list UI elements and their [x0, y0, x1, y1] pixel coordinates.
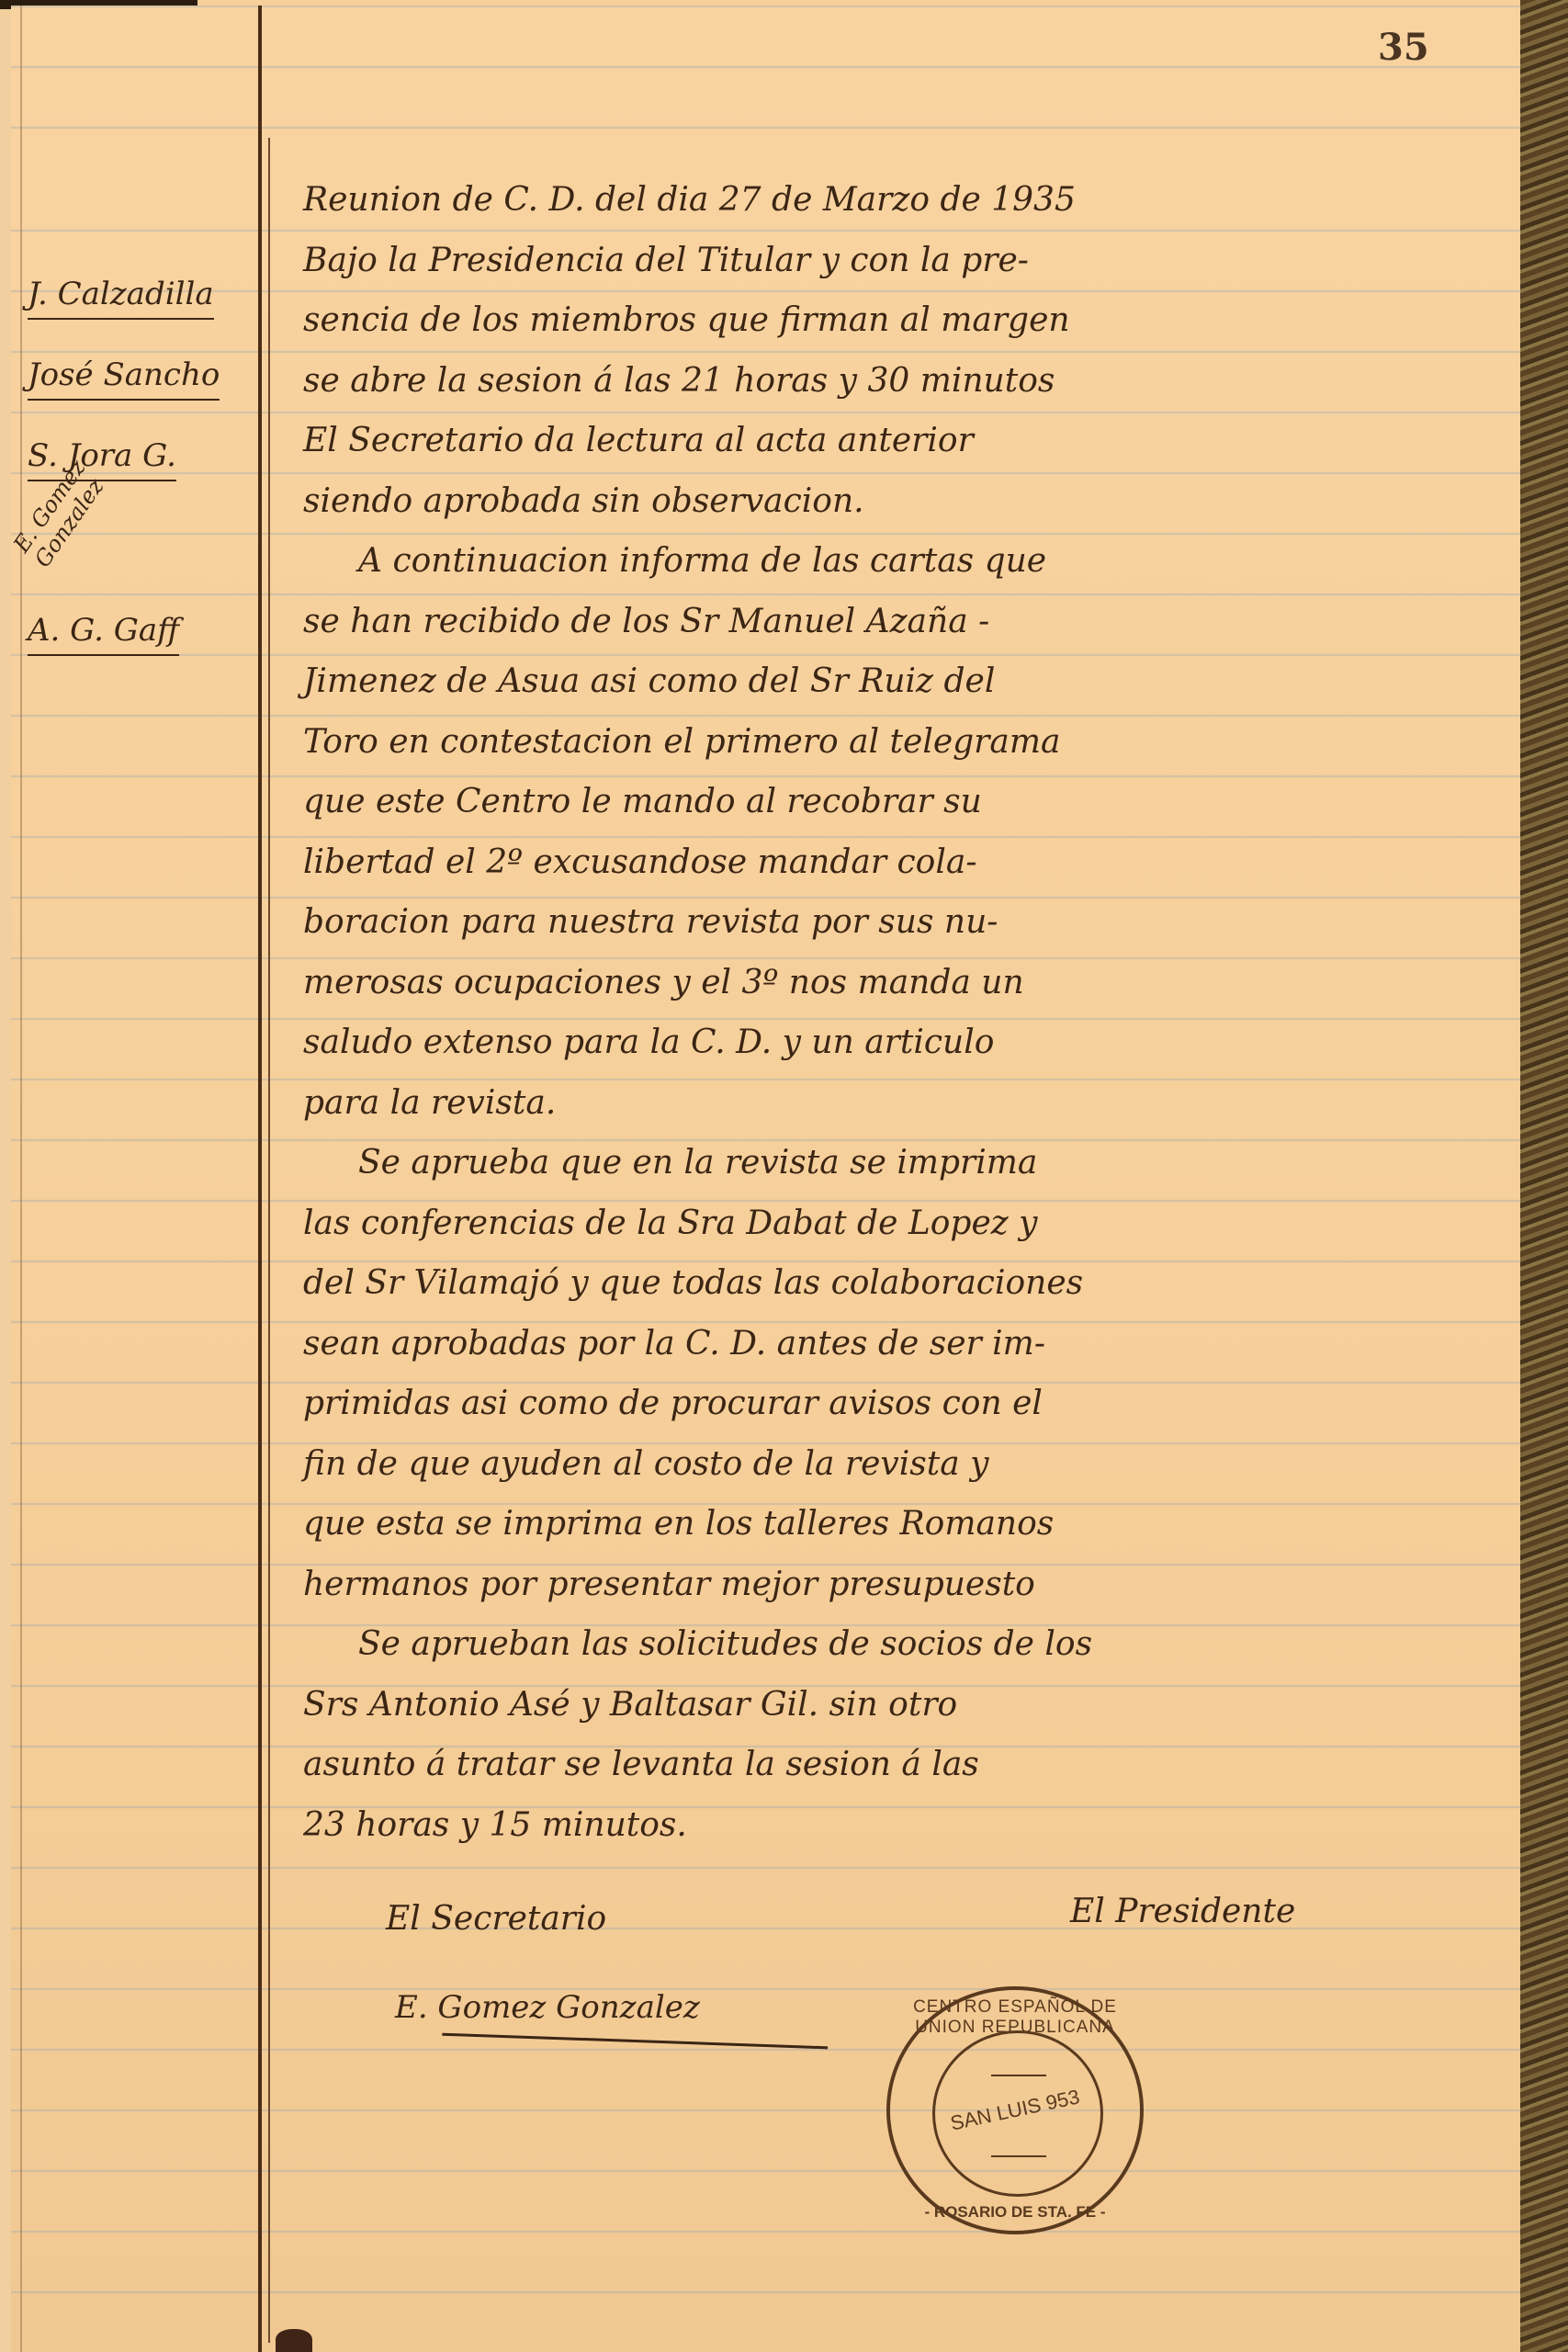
minutes-line: se abre la sesion á las 21 horas y 30 mi…	[303, 351, 1525, 412]
minutes-line: primidas asi como de procurar avisos con…	[303, 1374, 1525, 1434]
minutes-line: que este Centro le mando al recobrar su	[303, 772, 1525, 832]
signature-flourish	[440, 2033, 828, 2114]
minutes-line: merosas ocupaciones y el 3º nos manda un	[303, 953, 1525, 1013]
margin-signatures: J. Calzadilla José Sancho S. Jora G. E. …	[28, 276, 257, 693]
book-binding-edge	[1520, 0, 1568, 2352]
minutes-line: Toro en contestacion el primero al teleg…	[303, 712, 1525, 773]
minutes-line: las conferencias de la Sra Dabat de Lope…	[303, 1193, 1525, 1254]
minutes-line: que esta se imprima en los talleres Roma…	[303, 1494, 1525, 1555]
minutes-body: Reunion de C. D. del dia 27 de Marzo de …	[303, 170, 1525, 1855]
minutes-line: Jimenez de Asua asi como del Sr Ruiz del	[303, 651, 1525, 712]
minutes-line: del Sr Vilamajó y que todas las colabora…	[303, 1253, 1525, 1314]
margin-rule-line	[258, 6, 262, 2352]
minutes-line: siendo aprobada sin observacion.	[303, 471, 1525, 532]
president-title: El Presidente	[1070, 1893, 1295, 1930]
margin-signature: A. G. Gaff	[28, 612, 179, 656]
rubber-stamp: CENTRO ESPAÑOL DE UNION REPUBLICANA SAN …	[886, 1986, 1144, 2234]
secretary-title: El Secretario	[386, 1900, 606, 1938]
minutes-line: boracion para nuestra revista por sus nu…	[303, 892, 1525, 953]
minutes-line: Srs Antonio Asé y Baltasar Gil. sin otro	[303, 1675, 1525, 1736]
minutes-line: Se aprueban las solicitudes de socios de…	[303, 1614, 1525, 1675]
minutes-line: Se aprueba que en la revista se imprima	[303, 1133, 1525, 1193]
minutes-line: A continuacion informa de las cartas que	[303, 531, 1525, 592]
minutes-line: 23 horas y 15 minutos.	[303, 1795, 1525, 1856]
stamp-ornament-icon	[991, 2155, 1046, 2157]
minutes-line: asunto á tratar se levanta la sesion á l…	[303, 1735, 1525, 1795]
minutes-line: para la revista.	[303, 1073, 1525, 1134]
minutes-title: Reunion de C. D. del dia 27 de Marzo de …	[303, 170, 1525, 231]
minutes-line: Bajo la Presidencia del Titular y con la…	[303, 231, 1525, 291]
stamp-ornament-icon	[991, 2075, 1046, 2076]
minutes-line: saludo extenso para la C. D. y un articu…	[303, 1012, 1525, 1073]
ink-blot	[276, 2329, 312, 2352]
page-number: 35	[1378, 26, 1429, 69]
minutes-line: fin de que ayuden al costo de la revista…	[303, 1434, 1525, 1495]
minutes-line: sencia de los miembros que firman al mar…	[303, 290, 1525, 351]
minutes-line: hermanos por presentar mejor presupuesto	[303, 1555, 1525, 1615]
margin-rule-line-secondary	[268, 138, 270, 2343]
stamp-ring-bottom-text: - ROSARIO DE STA. FE -	[890, 2203, 1140, 2222]
minutes-line: El Secretario da lectura al acta anterio…	[303, 411, 1525, 471]
minutes-line: libertad el 2º excusandose mandar cola-	[303, 832, 1525, 893]
secretary-signature: E. Gomez Gonzalez	[395, 1989, 700, 2026]
minutes-line: se han recibido de los Sr Manuel Azaña -	[303, 592, 1525, 652]
margin-signature: J. Calzadilla	[28, 276, 214, 320]
page-gutter-line	[20, 6, 22, 2352]
minutes-line: sean aprobadas por la C. D. antes de ser…	[303, 1314, 1525, 1374]
